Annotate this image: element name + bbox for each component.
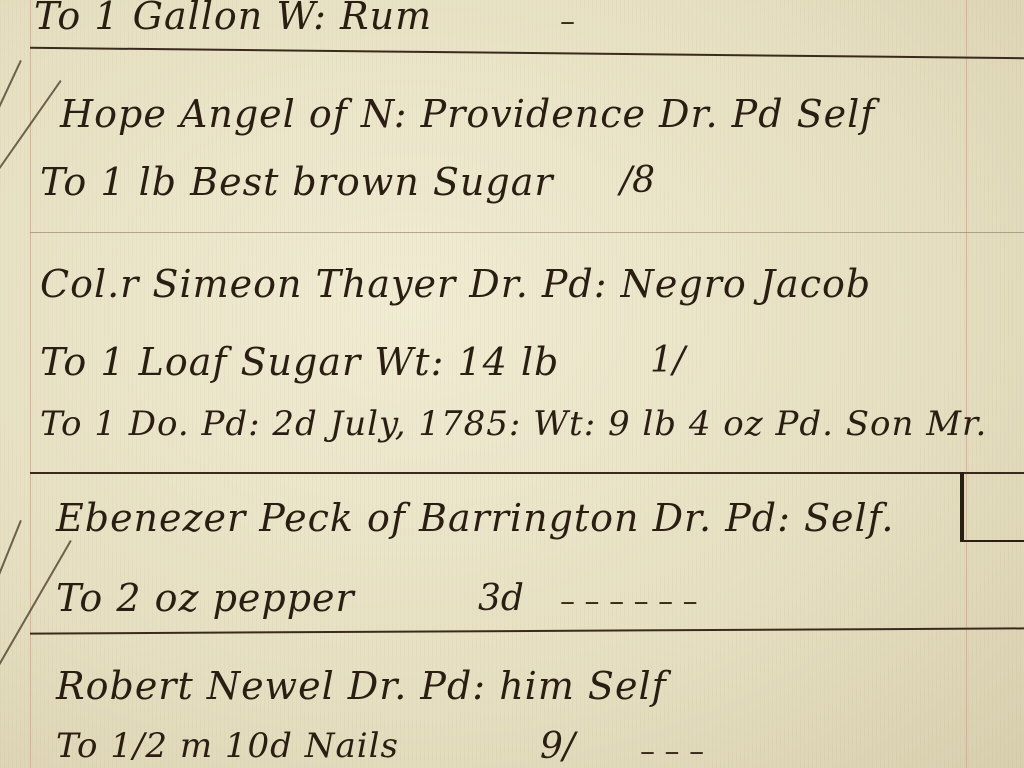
ledger-line-ditto-july-1785: To 1 Do. Pd: 2d July, 1785: Wt: 9 lb 4 o… xyxy=(40,404,987,444)
amount-nails: 9/ xyxy=(540,726,575,767)
right-margin-rule xyxy=(966,0,967,768)
dash: – – – xyxy=(640,734,704,768)
account-header-hope: Hope Angel of N: Providence Dr. Pd Self xyxy=(60,92,875,136)
ledger-rule xyxy=(30,472,1024,474)
ledger-rule xyxy=(30,232,1024,233)
amount-brown-sugar: /8 xyxy=(620,160,655,201)
ledger-line-brown-sugar: To 1 lb Best brown Sugar xyxy=(40,160,554,204)
amount-loaf-sugar: 1/ xyxy=(650,340,685,381)
account-header-peck: Ebenezer Peck of Barrington Dr. Pd: Self… xyxy=(56,496,894,540)
ledger-box xyxy=(960,472,1024,542)
amount-pepper: 3d xyxy=(478,578,524,619)
ledger-line-loaf-sugar: To 1 Loaf Sugar Wt: 14 lb xyxy=(40,340,559,384)
ledger-rule xyxy=(30,47,1024,59)
dash: – – – – – – xyxy=(560,584,698,619)
ledger-rule xyxy=(30,627,1024,634)
account-header-thayer: Col.r Simeon Thayer Dr. Pd: Negro Jacob xyxy=(40,262,871,306)
left-margin-rule xyxy=(30,0,31,768)
ledger-line-rum: To 1 Gallon W: Rum xyxy=(34,0,432,38)
ledger-line-nails: To 1/2 m 10d Nails xyxy=(56,726,399,766)
dash: – xyxy=(560,4,575,39)
account-header-newel: Robert Newel Dr. Pd: him Self xyxy=(56,664,667,708)
ledger-line-pepper: To 2 oz pepper xyxy=(56,576,355,620)
